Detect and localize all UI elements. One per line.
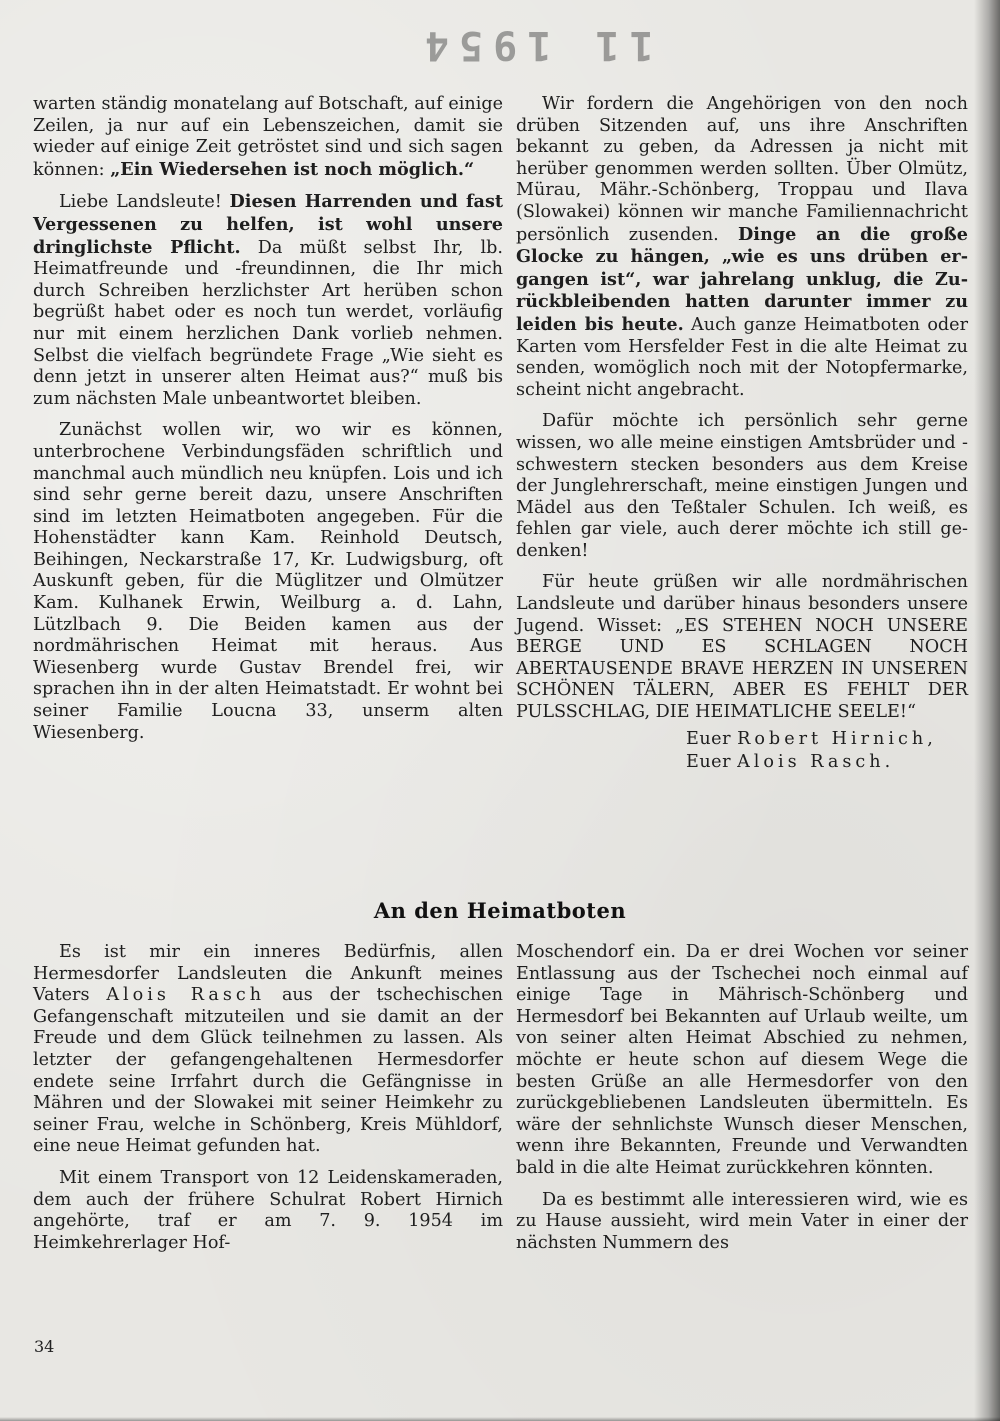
bold-text-run: „Ein Wiedersehen ist noch möglich.“ [110, 159, 474, 180]
paragraph: Zunächst wollen wir, wo wir es können, u… [33, 420, 503, 744]
paragraph: Liebe Landsleute! Diesen Harrenden und f… [33, 191, 503, 410]
signature-alois-rasch: Euer Alois Rasch. [686, 751, 968, 774]
magazine-page: 11 1954 warten ständig monatelang auf Bo… [0, 0, 1000, 1421]
text-run: Zunächst wollen wir, wo wir es können, u… [33, 420, 503, 742]
name-spaced: Alois Rasch [106, 985, 265, 1005]
page-number: 34 [34, 1337, 54, 1356]
paragraph: Dafür möchte ich persönlich sehr gerne w… [516, 411, 968, 562]
paragraph: Mit einem Transport von 12 Leidens­kamer… [33, 1168, 503, 1254]
text-run: Dafür möchte ich persönlich sehr gerne w… [516, 411, 968, 561]
top-right-column: Wir fordern die Angehörigen von den noch… [516, 94, 968, 774]
paragraph: Moschendorf ein. Da er drei Wochen vor s… [516, 942, 968, 1180]
text-run: Liebe Landsleute! [59, 192, 230, 212]
text-run: Da müßt selbst Ihr, lb. Heimatfreunde un… [33, 238, 503, 409]
text-run: Wir fordern die Angehörigen von den noch… [516, 94, 968, 245]
paragraph: Wir fordern die Angehörigen von den noch… [516, 94, 968, 401]
paragraph: Da es bestimmt alle interessieren wird, … [516, 1190, 968, 1255]
date-stamp: 11 1954 [415, 22, 654, 68]
signature-robert-hirnich: Euer Robert Hirnich, [686, 728, 968, 751]
page-bottom-shadow [0, 1417, 1000, 1421]
paragraph: Für heute grüßen wir alle nordmähri­sche… [516, 572, 968, 723]
paragraph: Es ist mir ein inneres Bedürfnis, allen … [33, 942, 503, 1158]
article-right-column: Moschendorf ein. Da er drei Wochen vor s… [516, 942, 968, 1264]
article-left-column: Es ist mir ein inneres Bedürfnis, allen … [33, 942, 503, 1264]
page-edge-shadow [974, 0, 1000, 1421]
text-run: Für heute grüßen wir alle nordmähri­sche… [516, 572, 968, 722]
article-headline: An den Heimatboten [0, 898, 1000, 923]
top-left-column: warten ständig monatelang auf Botschaft,… [33, 94, 503, 754]
paragraph: warten ständig monatelang auf Botschaft,… [33, 94, 503, 181]
